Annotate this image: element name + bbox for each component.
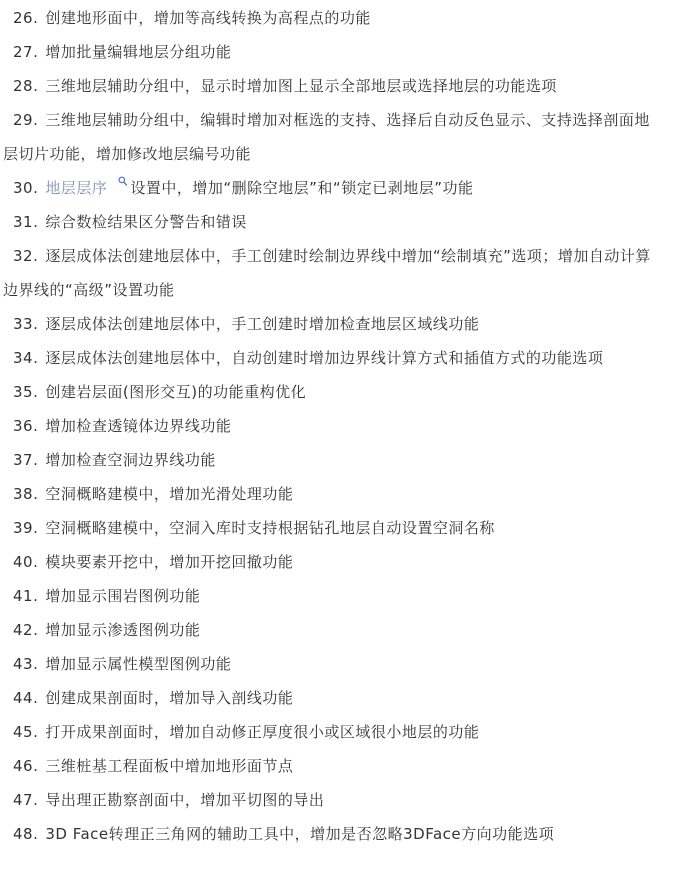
item-text: 增加显示渗透图例功能 (45, 621, 200, 639)
item-number: 48. (13, 825, 38, 843)
list-item: 29.三维地层辅助分组中，编辑时增加对框选的支持、选择后自动反色显示、支持选择剖… (3, 103, 663, 171)
search-icon[interactable] (108, 176, 128, 187)
changelog-page: 26.创建地形面中，增加等高线转换为高程点的功能 27.增加批量编辑地层分组功能… (0, 0, 691, 871)
list-item: 47.导出理正勘察剖面中，增加平切图的导出 (3, 783, 663, 817)
list-item: 36.增加检查透镜体边界线功能 (3, 409, 663, 443)
item-text: 设置中，增加“删除空地层”和“锁定已剥地层”功能 (130, 179, 473, 197)
item-text: 增加检查空洞边界线功能 (45, 451, 216, 469)
item-text: 打开成果剖面时，增加自动修正厚度很小或区域很小地层的功能 (45, 723, 479, 741)
list-item: 33.逐层成体法创建地层体中，手工创建时增加检查地层区域线功能 (3, 307, 663, 341)
item-number: 32. (13, 247, 38, 265)
item-text: 增加批量编辑地层分组功能 (45, 43, 231, 61)
item-number: 28. (13, 77, 38, 95)
item-text: 增加显示属性模型图例功能 (45, 655, 231, 673)
list-item: 41.增加显示围岩图例功能 (3, 579, 663, 613)
list-item: 44.创建成果剖面时，增加导入剖线功能 (3, 681, 663, 715)
list-item: 32.逐层成体法创建地层体中，手工创建时绘制边界线中增加“绘制填充”选项；增加自… (3, 239, 663, 307)
item-text: 逐层成体法创建地层体中，自动创建时增加边界线计算方式和插值方式的功能选项 (45, 349, 603, 367)
item-number: 41. (13, 587, 38, 605)
item-number: 26. (13, 9, 38, 27)
item-text: 增加显示围岩图例功能 (45, 587, 200, 605)
item-text: 3D Face转理正三角网的辅助工具中，增加是否忽略3DFace方向功能选项 (45, 825, 554, 843)
item-text: 空洞概略建模中，空洞入库时支持根据钻孔地层自动设置空洞名称 (45, 519, 495, 537)
item-number: 34. (13, 349, 38, 367)
item-number: 46. (13, 757, 38, 775)
item-text: 创建岩层面(图形交互)的功能重构优化 (45, 383, 306, 401)
list-item: 37.增加检查空洞边界线功能 (3, 443, 663, 477)
item-text: 三维地层辅助分组中，编辑时增加对框选的支持、选择后自动反色显示、支持选择剖面地层… (3, 111, 650, 163)
item-number: 31. (13, 213, 38, 231)
item-number: 44. (13, 689, 38, 707)
item-number: 45. (13, 723, 38, 741)
item-text: 增加检查透镜体边界线功能 (45, 417, 231, 435)
item-text: 导出理正勘察剖面中，增加平切图的导出 (45, 791, 324, 809)
list-item: 40.模块要素开挖中，增加开挖回撤功能 (3, 545, 663, 579)
list-item: 35.创建岩层面(图形交互)的功能重构优化 (3, 375, 663, 409)
item-text: 综合数检结果区分警告和错误 (45, 213, 247, 231)
item-number: 29. (13, 111, 38, 129)
item-number: 38. (13, 485, 38, 503)
list-item: 30.地层层序设置中，增加“删除空地层”和“锁定已剥地层”功能 (3, 171, 663, 205)
item-number: 30. (13, 179, 38, 197)
item-text: 三维地层辅助分组中，显示时增加图上显示全部地层或选择地层的功能选项 (45, 77, 557, 95)
list-item: 43.增加显示属性模型图例功能 (3, 647, 663, 681)
item-number: 43. (13, 655, 38, 673)
list-item: 31.综合数检结果区分警告和错误 (3, 205, 663, 239)
item-number: 40. (13, 553, 38, 571)
item-text: 空洞概略建模中，增加光滑处理功能 (45, 485, 293, 503)
item-number: 37. (13, 451, 38, 469)
item-text: 逐层成体法创建地层体中，手工创建时绘制边界线中增加“绘制填充”选项；增加自动计算… (3, 247, 651, 299)
item-text: 创建成果剖面时，增加导入剖线功能 (45, 689, 293, 707)
list-item: 34.逐层成体法创建地层体中，自动创建时增加边界线计算方式和插值方式的功能选项 (3, 341, 663, 375)
list-item: 39.空洞概略建模中，空洞入库时支持根据钻孔地层自动设置空洞名称 (3, 511, 663, 545)
stratum-sequence-link[interactable]: 地层层序 (45, 179, 107, 197)
item-number: 47. (13, 791, 38, 809)
item-text: 模块要素开挖中，增加开挖回撤功能 (45, 553, 293, 571)
item-text: 创建地形面中，增加等高线转换为高程点的功能 (45, 9, 371, 27)
item-number: 42. (13, 621, 38, 639)
item-text: 三维桩基工程面板中增加地形面节点 (45, 757, 293, 775)
list-item: 38.空洞概略建模中，增加光滑处理功能 (3, 477, 663, 511)
list-item: 27.增加批量编辑地层分组功能 (3, 35, 663, 69)
changelog-list: 26.创建地形面中，增加等高线转换为高程点的功能 27.增加批量编辑地层分组功能… (0, 0, 691, 851)
list-item: 45.打开成果剖面时，增加自动修正厚度很小或区域很小地层的功能 (3, 715, 663, 749)
list-item: 26.创建地形面中，增加等高线转换为高程点的功能 (3, 1, 663, 35)
item-number: 39. (13, 519, 38, 537)
item-number: 27. (13, 43, 38, 61)
list-item: 28.三维地层辅助分组中，显示时增加图上显示全部地层或选择地层的功能选项 (3, 69, 663, 103)
item-number: 36. (13, 417, 38, 435)
item-number: 35. (13, 383, 38, 401)
item-number: 33. (13, 315, 38, 333)
list-item: 42.增加显示渗透图例功能 (3, 613, 663, 647)
item-text: 逐层成体法创建地层体中，手工创建时增加检查地层区域线功能 (45, 315, 479, 333)
list-item: 46.三维桩基工程面板中增加地形面节点 (3, 749, 663, 783)
list-item: 48.3D Face转理正三角网的辅助工具中，增加是否忽略3DFace方向功能选… (3, 817, 663, 851)
